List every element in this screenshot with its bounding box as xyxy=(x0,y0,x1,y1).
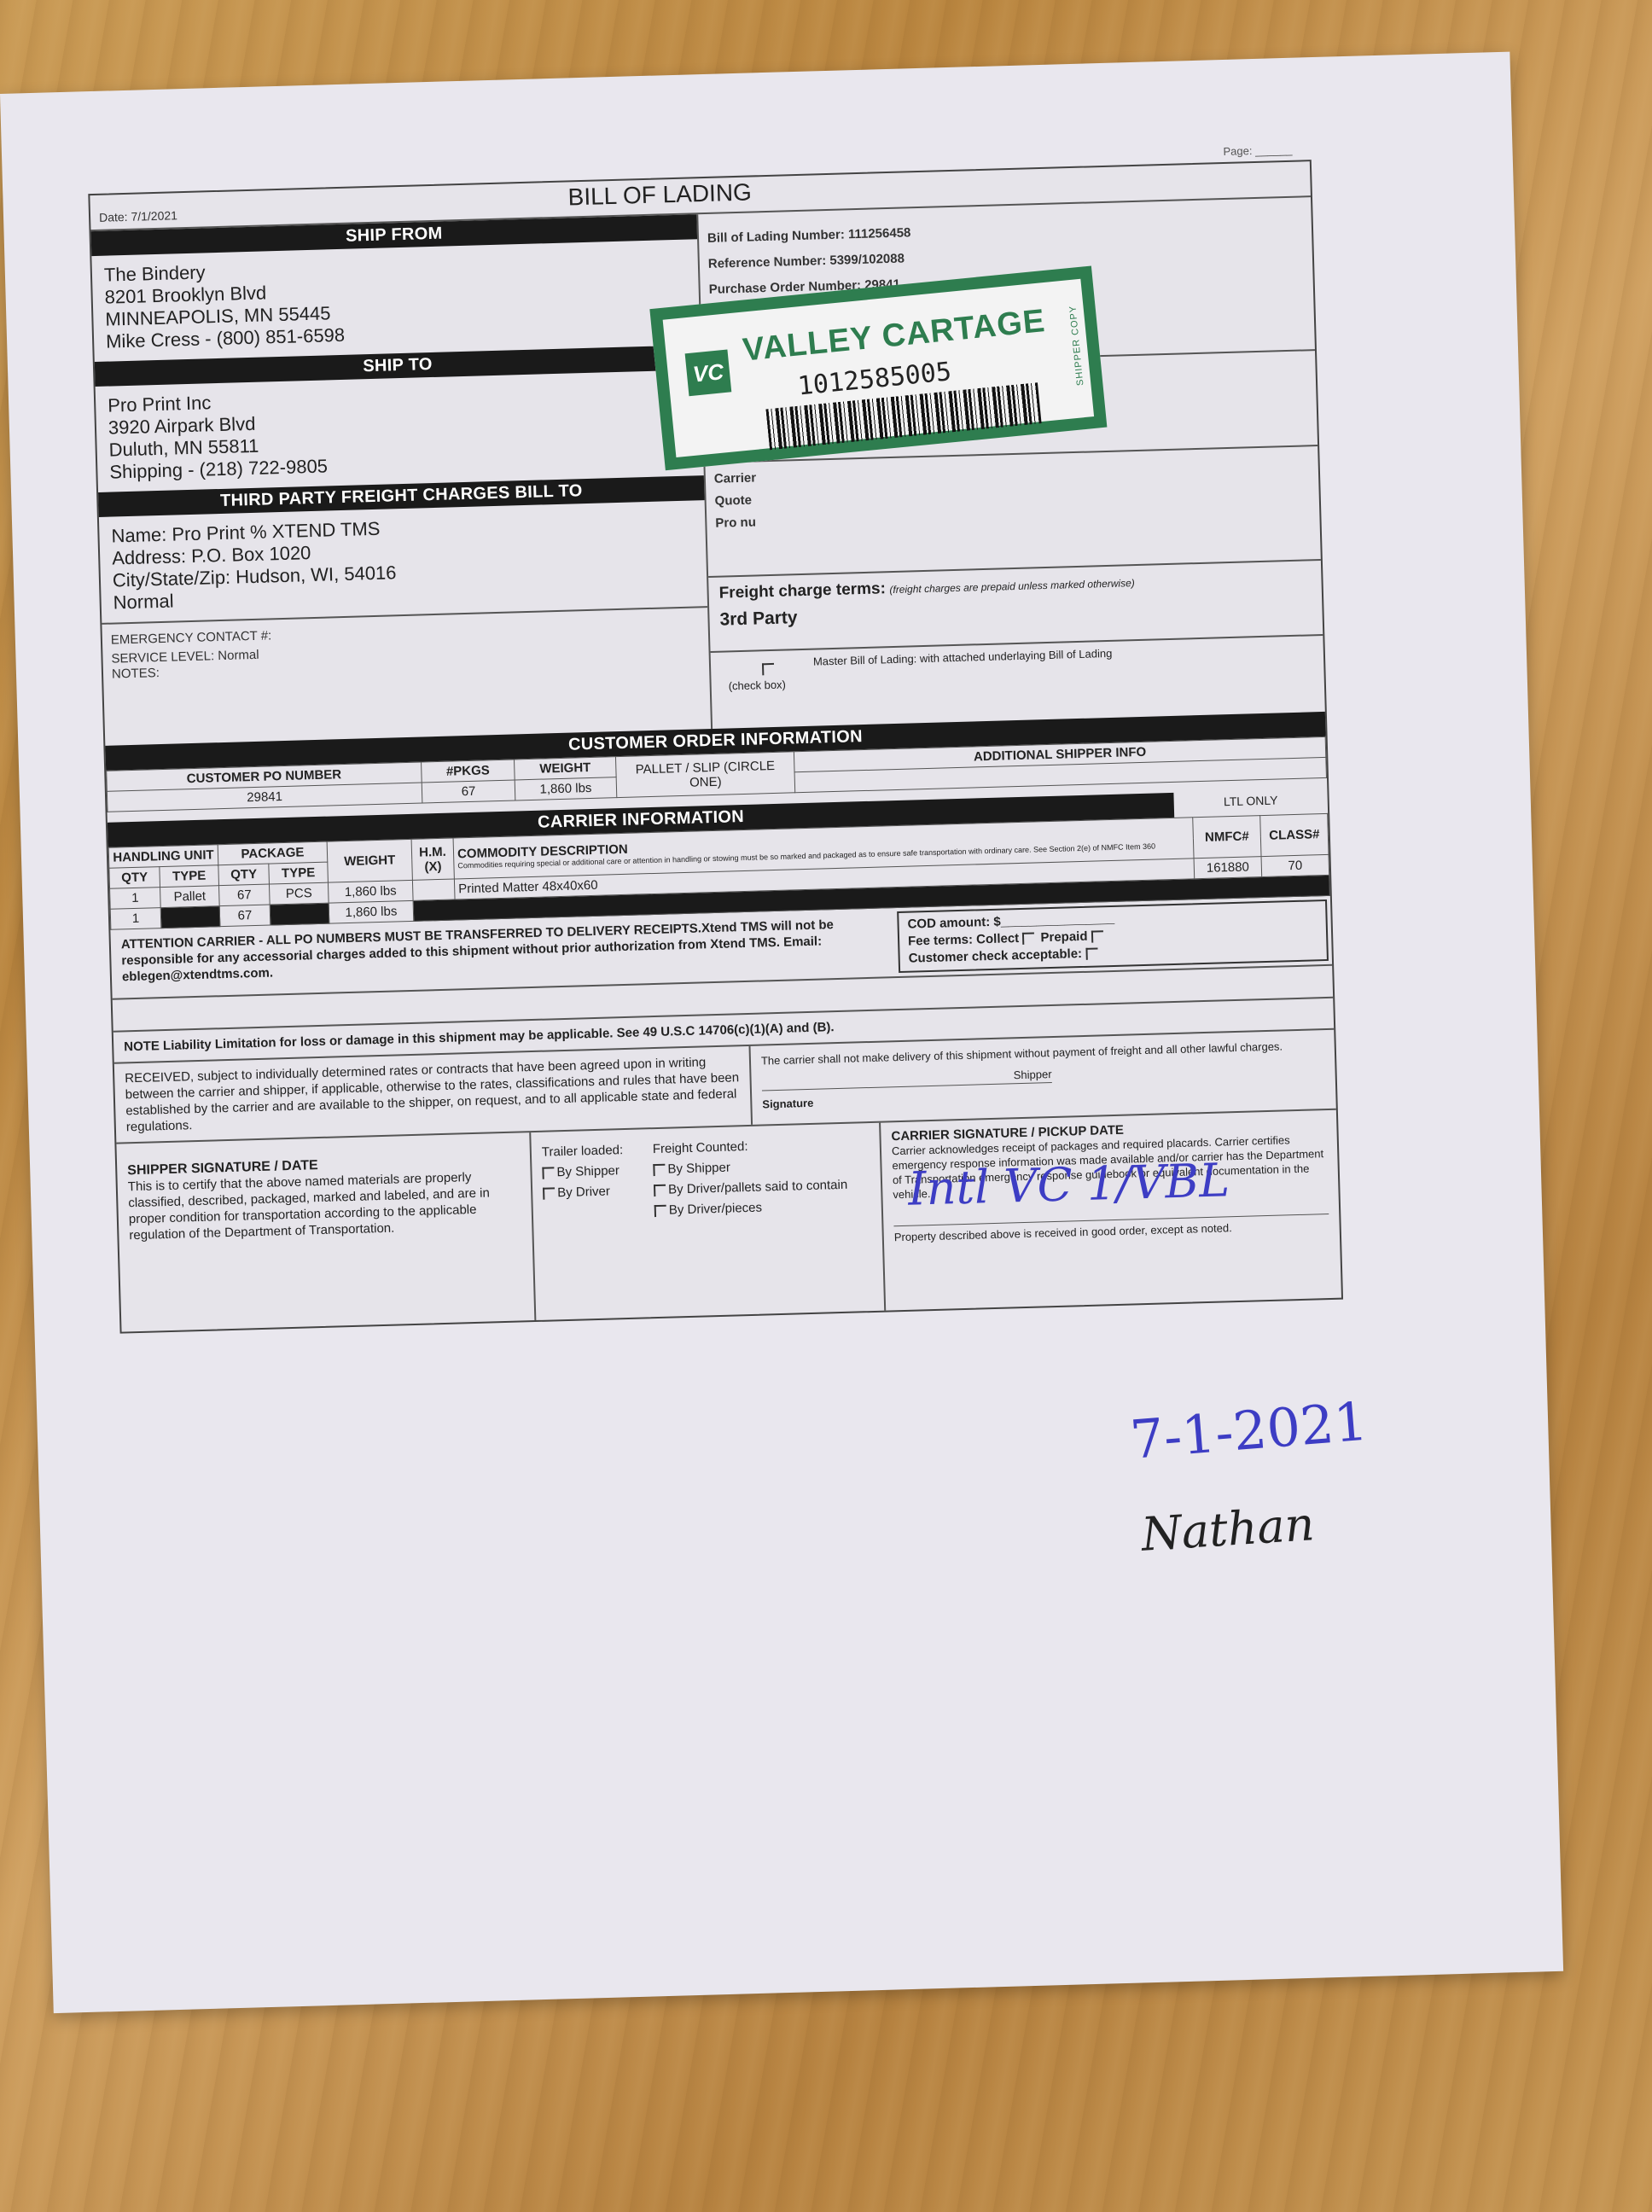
option-label: By Driver xyxy=(557,1185,610,1201)
total-weight: 1,860 lbs xyxy=(329,900,414,923)
ship-to-address: Pro Print Inc 3920 Airpark Blvd Duluth, … xyxy=(96,370,704,492)
cod-box: COD amount: $________________ Fee terms:… xyxy=(897,899,1329,973)
checkbox[interactable] xyxy=(654,1205,666,1217)
cell-hm xyxy=(412,879,455,900)
col-pkg-type: TYPE xyxy=(269,862,329,884)
cell-pkg-qty: 67 xyxy=(219,884,270,906)
prepaid-checkbox[interactable] xyxy=(1091,930,1102,942)
cell-pkgs: 67 xyxy=(422,780,515,803)
checkbox[interactable] xyxy=(653,1164,665,1176)
third-party-address: Name: Pro Print % XTEND TMS Address: P.O… xyxy=(99,500,707,625)
cell-hu-qty: 1 xyxy=(110,888,161,910)
cod-amount-label: COD amount: $ xyxy=(907,915,1001,932)
shipper-signature-box[interactable]: SHIPPER SIGNATURE / DATE This is to cert… xyxy=(116,1132,536,1331)
shipper-label: Shipper xyxy=(1014,1068,1052,1081)
col-pkg-qty: QTY xyxy=(218,864,270,886)
checkbox[interactable] xyxy=(543,1187,555,1199)
loading-options: Trailer loaded: By Shipper By Driver Fre… xyxy=(531,1123,886,1320)
prepaid-label: Prepaid xyxy=(1040,929,1087,946)
collect-checkbox[interactable] xyxy=(1022,933,1034,945)
collect-label: Collect xyxy=(976,931,1019,946)
blackout-cell xyxy=(160,906,220,928)
col-weight: WEIGHT xyxy=(515,757,617,780)
trailer-loaded-label: Trailer loaded: xyxy=(542,1139,654,1163)
total-pkg-qty: 67 xyxy=(219,905,270,927)
document-date: Date: 7/1/2021 xyxy=(99,208,177,224)
signature-row: SHIPPER SIGNATURE / DATE This is to cert… xyxy=(116,1110,1341,1332)
customer-check-label: Customer check acceptable: xyxy=(908,946,1082,966)
sticker-brand: VALLEY CARTAGE xyxy=(742,303,1048,370)
customer-check-checkbox[interactable] xyxy=(1085,948,1097,960)
ltl-only-label: LTL ONLY xyxy=(1173,789,1328,818)
cell-weight: 1,860 lbs xyxy=(515,777,617,800)
shipper-signature-text: This is to certify that the above named … xyxy=(128,1167,522,1243)
shipper-copy-label: SHIPPER COPY xyxy=(1067,305,1085,386)
freight-terms-note: (freight charges are prepaid unless mark… xyxy=(889,577,1135,596)
fee-terms-label: Fee terms: xyxy=(908,933,973,949)
checkbox[interactable] xyxy=(542,1167,554,1179)
handwritten-carrier-signature: Intl VC 1/VBL xyxy=(908,1173,1230,1196)
cell-pkg-type: PCS xyxy=(269,882,329,905)
col-pallet-slip[interactable]: PALLET / SLIP (CIRCLE ONE) xyxy=(615,752,794,798)
col-handling-unit: HANDLING UNIT xyxy=(108,845,218,869)
top-section: SHIP FROM The Bindery 8201 Brooklyn Blvd… xyxy=(91,197,1325,746)
page-number-field[interactable]: Page: ______ xyxy=(1223,143,1292,158)
option-label: By Driver/pieces xyxy=(669,1201,763,1218)
trailer-loaded: Trailer loaded: By Shipper By Driver xyxy=(542,1139,657,1310)
trailer-by-driver[interactable]: By Driver xyxy=(543,1180,654,1204)
cell-nmfc: 161880 xyxy=(1194,857,1262,879)
col-hu-qty: QTY xyxy=(109,867,160,889)
carrier-signature-footer: Property described above is received in … xyxy=(893,1214,1329,1244)
option-label: By Driver/pallets said to contain xyxy=(668,1178,848,1197)
cell-class: 70 xyxy=(1261,854,1329,876)
carrier-signature-box[interactable]: CARRIER SIGNATURE / PICKUP DATE Carrier … xyxy=(881,1110,1341,1311)
document-title: BILL OF LADING xyxy=(567,178,752,211)
carrier-labels: Carrier Quote Pro nu xyxy=(705,446,1320,578)
handwritten-date: 7-1-2021 xyxy=(1128,1390,1370,1471)
cell-weight: 1,860 lbs xyxy=(328,880,413,903)
master-bol-checkbox[interactable] xyxy=(762,663,774,675)
freight-counted: Freight Counted: By Shipper By Driver/pa… xyxy=(653,1133,874,1307)
total-hu-qty: 1 xyxy=(110,908,161,930)
vc-logo-icon: VC xyxy=(685,350,732,397)
check-box-label: (check box) xyxy=(728,678,786,693)
col-hu-type: TYPE xyxy=(160,865,219,888)
option-label: By Shipper xyxy=(667,1161,730,1177)
emergency-section: EMERGENCY CONTACT #: SERVICE LEVEL: Norm… xyxy=(102,608,711,746)
col-package: PACKAGE xyxy=(218,841,328,865)
col-pkgs: #PKGS xyxy=(422,760,515,783)
carrier-delivery: The carrier shall not make delivery of t… xyxy=(751,1030,1336,1125)
col-weight: WEIGHT xyxy=(327,839,412,882)
option-label: By Shipper xyxy=(556,1163,619,1179)
col-nmfc: NMFC# xyxy=(1193,816,1261,859)
address-column: SHIP FROM The Bindery 8201 Brooklyn Blvd… xyxy=(91,214,713,746)
col-hm: H.M. (X) xyxy=(411,838,454,880)
paper-sheet: Date: 7/1/2021 BILL OF LADING Page: ____… xyxy=(0,52,1563,2014)
blackout-cell xyxy=(270,903,329,925)
received-text: RECEIVED, subject to individually determ… xyxy=(114,1046,753,1143)
cell-hu-type: Pallet xyxy=(160,886,220,908)
handwritten-name: Nathan xyxy=(1140,1497,1316,1562)
trailer-by-shipper[interactable]: By Shipper xyxy=(542,1160,654,1184)
checkbox[interactable] xyxy=(654,1185,666,1196)
freight-terms-label: Freight charge terms: xyxy=(718,579,886,602)
col-class: CLASS# xyxy=(1260,813,1329,856)
master-bol-label: Master Bill of Lading: with attached und… xyxy=(813,647,1113,668)
ship-from-address: The Bindery 8201 Brooklyn Blvd MINNEAPOL… xyxy=(91,239,700,362)
